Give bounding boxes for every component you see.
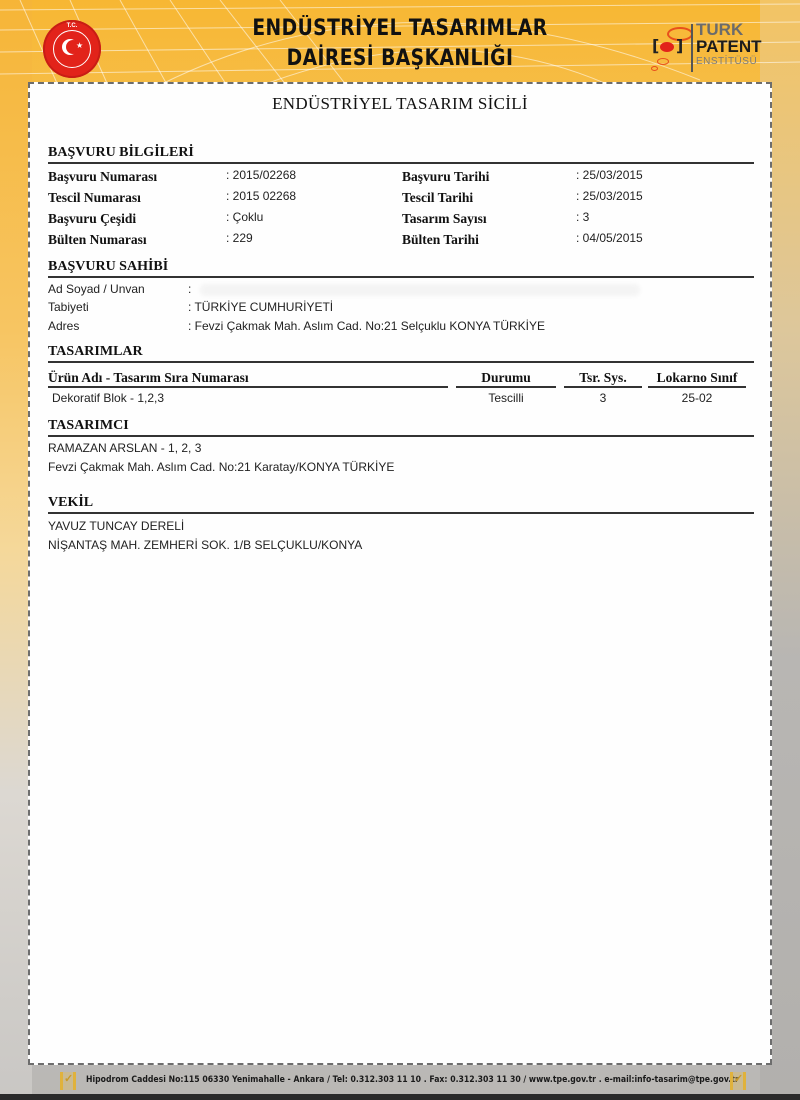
value-registration-number: : 2015 02268 [226, 189, 296, 203]
label-application-date: Başvuru Tarihi [402, 169, 489, 185]
label-bulletin-date: Bülten Tarihi [402, 232, 479, 248]
document-title: ENDÜSTRİYEL TASARIM SİCİLİ [30, 94, 770, 114]
value-application-type: : Çoklu [226, 210, 263, 224]
turk-patent-logo: [ ] TURK PATENT ENSTİTÜSÜ [648, 22, 778, 74]
attorney-address: NİŞANTAŞ MAH. ZEMHERİ SOK. 1/B SELÇUKLU/… [48, 538, 362, 552]
designer-address: Fevzi Çakmak Mah. Aslım Cad. No:21 Karat… [48, 460, 394, 474]
star-icon: ★ [76, 42, 83, 50]
value-bulletin-number: : 229 [226, 231, 253, 245]
label-address: Adres [48, 319, 79, 333]
footer-right-logo-glyph: ✓ [734, 1072, 743, 1085]
label-nationality: Tabiyeti [48, 300, 89, 314]
col-status: Durumu [456, 370, 556, 388]
footer-contact-text: Hipodrom Caddesi No:115 06330 Yenimahall… [86, 1075, 636, 1085]
red-dot-icon [660, 42, 674, 52]
section-designs: TASARIMLAR [48, 343, 754, 363]
redacted-name [200, 284, 640, 296]
label-registration-date: Tescil Tarihi [402, 190, 473, 206]
value-address: : Fevzi Çakmak Mah. Aslım Cad. No:21 Sel… [188, 319, 545, 333]
value-application-date: : 25/03/2015 [576, 168, 643, 182]
small-bubble-icon [657, 58, 669, 65]
header-title-line2: DAİRESİ BAŞKANLIĞI [247, 44, 553, 74]
value-application-number: : 2015/02268 [226, 168, 296, 182]
value-applicant-name: : [188, 282, 191, 296]
header-title-line1: ENDÜSTRİYEL TASARIMLAR [247, 14, 553, 44]
footer: ✓ Hipodrom Caddesi No:115 06330 Yenimaha… [0, 1070, 800, 1094]
bottom-strip [0, 1094, 800, 1100]
label-applicant-name: Ad Soyad / Unvan [48, 282, 145, 296]
turk-patent-mark-icon: [ ] [650, 22, 695, 74]
section-applicant: BAŞVURU SAHİBİ [48, 258, 754, 278]
value-registration-date: : 25/03/2015 [576, 189, 643, 203]
tc-seal-logo: T.C. ★ [43, 20, 101, 78]
label-application-number: Başvuru Numarası [48, 169, 157, 185]
bracket-close: ] [676, 36, 683, 55]
col-design-count: Tsr. Sys. [564, 370, 642, 388]
cell-locarno-class: 25-02 [648, 391, 746, 405]
footer-right-logo-icon: ✓ [730, 1072, 746, 1090]
label-application-type: Başvuru Çeşidi [48, 211, 136, 227]
cell-status: Tescilli [456, 391, 556, 405]
value-design-count: : 3 [576, 210, 589, 224]
designer-name: RAMAZAN ARSLAN - 1, 2, 3 [48, 441, 201, 455]
section-designer: TASARIMCI [48, 417, 754, 437]
bracket-open: [ [652, 36, 659, 55]
logo-separator [691, 24, 693, 72]
header-title: ENDÜSTRİYEL TASARIMLAR DAİRESİ BAŞKANLIĞ… [247, 14, 553, 74]
logo-enstitusu: ENSTİTÜSÜ [696, 56, 757, 68]
label-bulletin-number: Bülten Numarası [48, 232, 147, 248]
footer-left-logo-glyph: ✓ [64, 1072, 73, 1085]
attorney-name: YAVUZ TUNCAY DERELİ [48, 519, 184, 533]
label-registration-number: Tescil Numarası [48, 190, 141, 206]
cell-design-count: 3 [564, 391, 642, 405]
cell-product-name: Dekoratif Blok - 1,2,3 [52, 391, 164, 405]
value-nationality: : TÜRKİYE CUMHURİYETİ [188, 300, 333, 314]
registry-document: ENDÜSTRİYEL TASARIM SİCİLİ BAŞVURU BİLGİ… [28, 82, 772, 1065]
col-locarno-class: Lokarno Sınıf [648, 370, 746, 388]
label-design-count: Tasarım Sayısı [402, 211, 487, 227]
tiny-bubble-icon [651, 66, 658, 71]
value-bulletin-date: : 04/05/2015 [576, 231, 643, 245]
logo-patent: PATENT [696, 38, 761, 56]
section-attorney: VEKİL [48, 494, 754, 514]
section-application-info: BAŞVURU BİLGİLERİ [48, 144, 754, 164]
col-product-name: Ürün Adı - Tasarım Sıra Numarası [48, 370, 448, 388]
footer-left-logo-icon: ✓ [60, 1072, 76, 1090]
seal-text: T.C. [43, 23, 101, 29]
